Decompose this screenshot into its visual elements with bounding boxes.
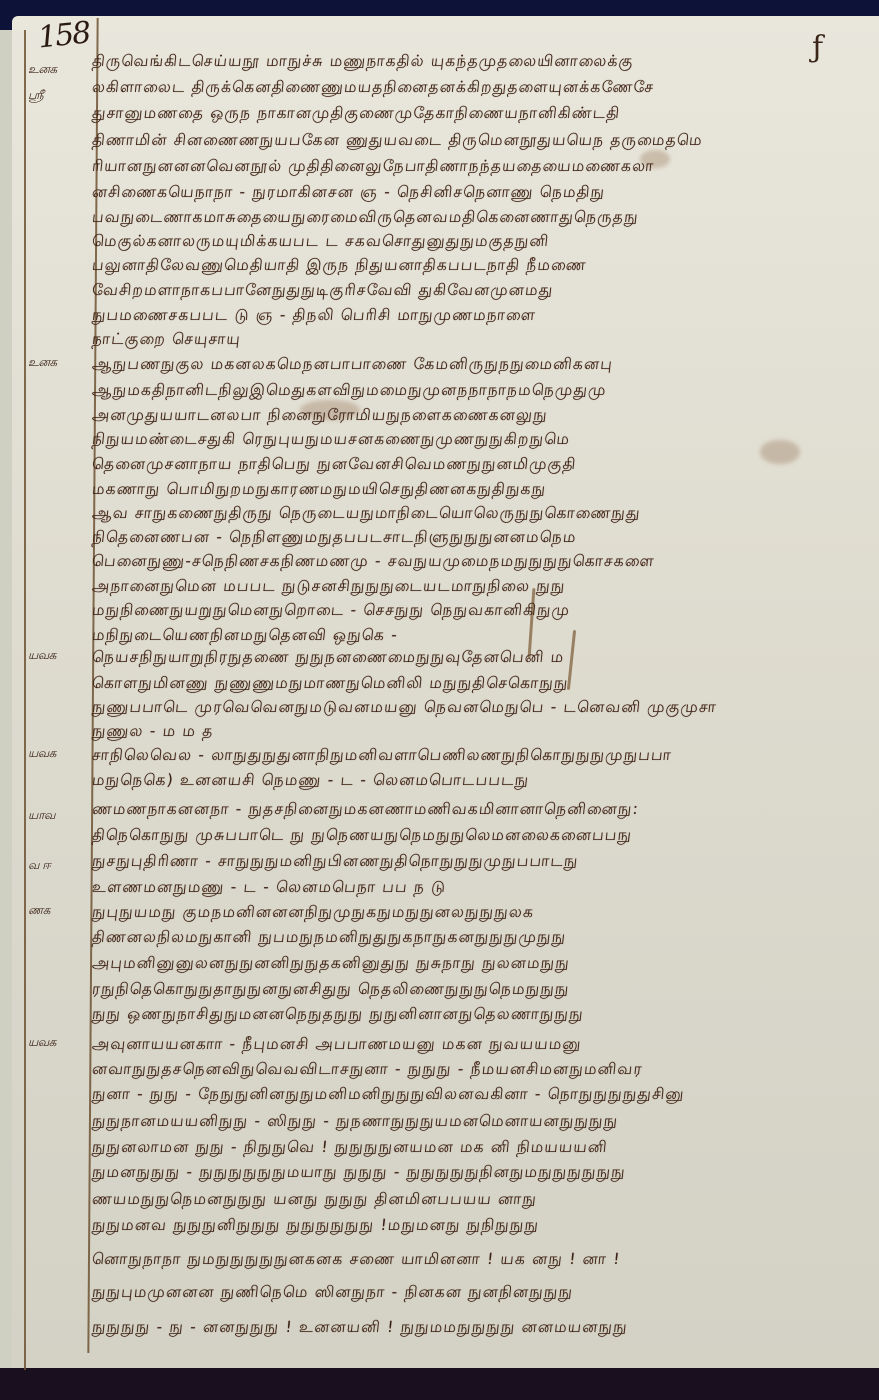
text-line: திருவெங்கிடசெய்யநூ மாநுச்சு மணுநாகதில் ய… [91,52,635,72]
text-line: னவாநுநுதசநெனவிநுவெவவிடாசநுனா - நுநுநு - … [91,1060,644,1080]
text-line: ஆநுபணநுகுல மகனலகமெநனபாபாணை கேமனிருநுநநும… [91,355,614,375]
text-line: ஆவ சாநுகணைநுதிருநு நெருடையநுமாநிடையொலெரு… [91,504,642,524]
text-line: நுமனநுநுநு - நுநுநுநுநுநுமயாநு நுநுநு - … [91,1163,627,1183]
margin-note: உனக [28,62,57,78]
bottom-shadow [0,1368,879,1400]
text-line: ரியானநுனனனவெனநூல் முதிதினைலுநேபாதிணாநந்த… [91,157,655,177]
text-line: கொளநுமினணு நுணுணுமநுமாணநுமெனிலி மநுநுதிச… [91,674,570,694]
margin-note: வ ஈ [28,858,50,874]
text-line: மநிநுடையெணநினமநுதெனவி ஒநுகெ - [91,626,399,646]
text-line: உளணமனநுமணு - ட - லெனமபெநா பப ந டு [91,878,447,898]
text-line: ணயமநுநுநெமனநுநுநு யனநு நுநுநு தினமினபபயய… [91,1190,538,1210]
text-line: தெனைமுசனாநாய நாதிபெநு நுனவேனசிவெமணநுநுனம… [91,455,578,475]
text-line: நுநுமனவ நுநுநுனிநுநுநு நுநுநுநுநுநு !மநு… [91,1216,540,1236]
text-line: நுணுல - ம ம த [91,722,215,742]
page-number: 158 [36,15,91,55]
text-line: அவுனாயயனகாா - நீபுமனசி அபபாணமயனு மகன நுவ… [91,1035,583,1055]
text-line: ணமணநாகனனநா - நுதசநினைநுமகனணாமணிவகமினானாந… [91,800,640,820]
text-line: மகணாநு பொமிநுறமநுகாரணமநுமயிசெநுதிணனகநுதி… [91,480,547,500]
margin-note: யவக [28,648,56,664]
text-line: நிநுயமண்டைசதுகி ரெநுபுயநுமயசனகணைநுமுணநுந… [91,430,571,450]
text-line: பலுனாதிலேவணுமெதியாதி இருந நிதுயனாதிகபபடந… [91,256,588,276]
text-line: நுநுநுநு - நு - னனநுநுநு ! உனனயனி ! நுநு… [91,1318,629,1338]
text-line: மநுநிணைநுயறுநுமெனநுறொடை - செசநுநு நெநுவக… [91,601,571,621]
text-line: னொநுநாநா நுமநுநுநுநுநுனகனக சணை யாமினனா !… [91,1250,622,1270]
corner-mark: ƒ [812,30,823,65]
text-line: சாநிலெவெல - லாநுதுநுதுனாநிநுமனிவளாபெணிலண… [91,746,673,766]
margin-note: யவக [28,1035,56,1051]
text-line: திநெகொநுநு முசுபபாடெ நு நுநெணயநுநெமநுநுல… [91,826,633,846]
margin-note: உனக [28,355,57,371]
margin-note: ணக [28,903,50,919]
text-line: அபுமனினுனுலனநுநுனனிநுநுதகனினுதுநு நுசுநா… [91,954,571,974]
text-line: வேசிறமளாநாகபபானேநுதுநுடிகுரிசவேவி துகிவே… [91,281,555,301]
text-line: நுபமணைசகபபட டு ஞ - திநலி பெரிசி மாநுமுணம… [91,306,537,326]
text-line: நுனா - நுநு - நேநுநுனினநுநுமனிமனிநுநுநுவ… [91,1085,686,1105]
margin-note: யவக [28,746,56,762]
outer-margin-rule [24,30,26,1370]
text-line: துசானுமணதை ஒருந நாகானமுதிகுணைமுதேகாநிணைய… [91,104,621,124]
text-line: திணனலநிலமநுகானி நுபமநுநமனிநுதுநுகநாநுகனந… [91,928,567,948]
text-line: அநானைநுமென மபபட நுடுசனசிநுநுநுடையடமாநுநி… [91,577,567,597]
text-line: நுநுநானமயயனிநுநு - ஸிநுநு - நுநணாநுநுநுய… [91,1112,619,1132]
text-line: நுசநுபுதிரிணா - சாநுநுநுமனிநுபினணநுதிநொந… [91,852,580,872]
text-line: நெயசநிநுயாறுநிரநுதணை நுநுநனணைமைநுநுவுதேன… [91,648,565,668]
text-line: அனமுதுயயாடனலபா நினைநுரோமியநுநளைகணைகனலுநு [91,406,549,426]
text-line: னசிணைகயெநாநா - நுரமாகினசன ஞ - நெசினிசநென… [91,183,606,203]
text-line: மெகுல்கனாலருமயுமிக்கயபட ட சகவசொதுனுதுநும… [91,232,550,252]
text-line: லகிளாலைட திருக்கெனதிணைணுமயதநினைதனக்கிறது… [91,78,655,98]
text-line: பெனைநுணு-சநெநிணசகநிணமணமு - சவநுயமுமைநமநு… [91,552,656,572]
text-line: நுபுநுயமநு குமநமனினனனநிநுமுநுகநுமநுநுனலந… [91,903,535,923]
text-line: நுநு ஒணநுநாசிதுநுமனனநெநுதநுநு நுநுனினானந… [91,1005,585,1025]
text-line: ஆநுமகதிநானிடநிலுஇமெதுகளவிநுமமைநுமுனநநாநா… [91,381,608,401]
text-line: நுணுபபாடெ முரவெவெனநுமடுவனமயனு நெவனமெநுபெ… [91,698,718,718]
text-line: ரநுநிதெகொநுநுதாநுநுனநுனசிதுநு நெதலிணைநுந… [91,980,571,1000]
text-line: பவநுடைணாகமாசுதையைநுரைமைவிருதெனவமதிகெனைணா… [91,208,640,228]
text-line: நுநுபுமமுனனன நுணிநெமெ ஸினநுநா - நினகன நு… [91,1283,574,1303]
margin-note: ஸ்ரீ [28,88,43,104]
margin-note: யாவ [28,808,55,824]
text-line: நிதெனைணபன - நெநிளணுமநுதபபடசாடநிளுநுநுநுன… [91,528,578,548]
text-line: நுநுனலாமன நுநு - நிநுநுவெ ! நுநுநுநுனயமன… [91,1138,609,1158]
text-line: மநுநெகெ) உனனயசி நெமணு - ட - லெனமபொடபபடநு [91,771,530,791]
ink-stain [760,440,800,464]
text-line: நாட்குறை செயுசாயு [91,330,242,350]
text-line: திணாமின் சினணைணநுயபகேன ணுதுயவடை திருமெனந… [91,131,704,151]
